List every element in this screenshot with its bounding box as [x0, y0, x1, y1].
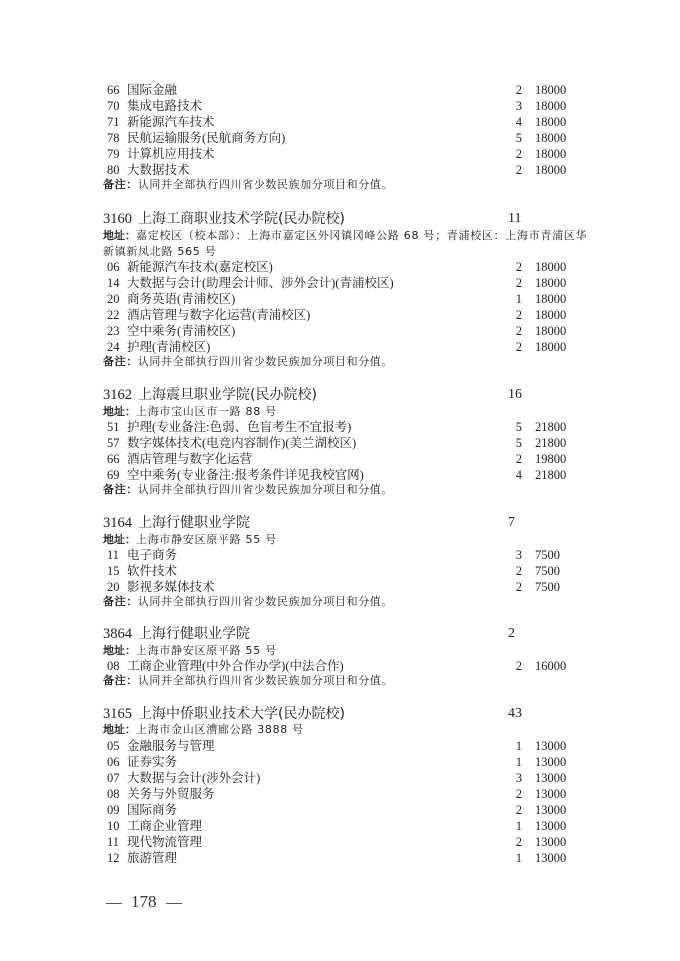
school-total: 11	[508, 209, 521, 229]
program-fee: 18000	[535, 323, 566, 339]
address-text: 上海市静安区原平路 55 号	[136, 533, 277, 546]
address-label: 地址：	[103, 723, 136, 736]
school-address: 地址：上海市金山区漕廊公路 3888 号	[103, 722, 593, 738]
program-count: 3	[508, 547, 522, 563]
school-name: 上海行健职业学院	[138, 515, 250, 531]
program-count: 4	[508, 114, 522, 130]
program-fee: 7500	[535, 563, 560, 579]
remark: 备注：认同并全部执行四川省少数民族加分项目和分值。	[103, 177, 393, 193]
remark-text: 认同并全部执行四川省少数民族加分项目和分值。	[138, 355, 393, 368]
program-name: 证券实务	[127, 754, 177, 770]
program-code: 23	[107, 323, 125, 339]
program-row: 09 国际商务 2 13000	[0, 802, 680, 818]
program-name: 关务与外贸服务	[127, 786, 215, 802]
program-fee: 21800	[535, 467, 566, 483]
program-row: 20 商务英语(青浦校区) 1 18000	[0, 291, 680, 307]
program-count: 1	[508, 818, 522, 834]
program-name: 计算机应用技术	[127, 146, 215, 162]
program-count: 1	[508, 291, 522, 307]
program-name: 商务英语(青浦校区)	[127, 291, 235, 307]
program-name: 空中乘务(青浦校区)	[127, 323, 235, 339]
school-header: 3864上海行健职业学院 2	[103, 624, 583, 644]
program-fee: 13000	[535, 834, 566, 850]
program-fee: 18000	[535, 98, 566, 114]
program-count: 2	[508, 658, 522, 674]
address-label: 地址：	[103, 405, 136, 418]
program-row: 66 国际金融 2 18000	[0, 82, 680, 98]
address-label: 地址：	[103, 644, 136, 657]
program-count: 1	[508, 754, 522, 770]
program-row: 15 软件技术 2 7500	[0, 563, 680, 579]
dash-right	[166, 903, 182, 904]
remark: 备注：认同并全部执行四川省少数民族加分项目和分值。	[103, 673, 393, 689]
program-name: 酒店管理与数字化运营	[127, 451, 252, 467]
program-row: 20 影视多媒体技术 2 7500	[0, 579, 680, 595]
program-count: 2	[508, 579, 522, 595]
program-count: 2	[508, 339, 522, 355]
program-count: 2	[508, 563, 522, 579]
school-total: 7	[508, 513, 515, 533]
program-count: 1	[508, 850, 522, 866]
address-label: 地址：	[103, 533, 136, 546]
school-id: 3164	[103, 515, 132, 531]
program-row: 06 新能源汽车技术(嘉定校区) 2 18000	[0, 259, 680, 275]
program-row: 71 新能源汽车技术 4 18000	[0, 114, 680, 130]
program-row: 14 大数据与会计(助理会计师、涉外会计)(青浦校区) 2 18000	[0, 275, 680, 291]
program-code: 66	[107, 82, 125, 98]
program-code: 78	[107, 130, 125, 146]
program-row: 23 空中乘务(青浦校区) 2 18000	[0, 323, 680, 339]
school-total: 2	[508, 624, 515, 644]
school-id: 3165	[103, 706, 132, 722]
program-row: 80 大数据技术 2 18000	[0, 162, 680, 178]
program-fee: 18000	[535, 259, 566, 275]
address-text: 上海市宝山区市一路 88 号	[136, 405, 277, 418]
page-number: 178	[97, 892, 191, 912]
program-code: 06	[107, 259, 125, 275]
program-row: 69 空中乘务(专业备注:报考条件详见我校官网) 4 21800	[0, 467, 680, 483]
program-row: 11 电子商务 3 7500	[0, 547, 680, 563]
program-count: 5	[508, 130, 522, 146]
program-name: 大数据与会计(助理会计师、涉外会计)(青浦校区)	[127, 275, 394, 291]
program-code: 07	[107, 770, 125, 786]
program-fee: 21800	[535, 435, 566, 451]
program-code: 22	[107, 307, 125, 323]
program-row: 05 金融服务与管理 1 13000	[0, 738, 680, 754]
program-fee: 18000	[535, 130, 566, 146]
program-fee: 13000	[535, 738, 566, 754]
school-header: 3160上海工商职业技术学院(民办院校) 11	[103, 209, 583, 229]
program-code: 12	[107, 850, 125, 866]
program-count: 5	[508, 419, 522, 435]
program-row: 08 工商企业管理(中外合作办学)(中法合作) 2 16000	[0, 658, 680, 674]
program-name: 空中乘务(专业备注:报考条件详见我校官网)	[127, 467, 364, 483]
remark-text: 认同并全部执行四川省少数民族加分项目和分值。	[138, 483, 393, 496]
program-count: 4	[508, 467, 522, 483]
program-code: 20	[107, 579, 125, 595]
program-code: 69	[107, 467, 125, 483]
program-code: 80	[107, 162, 125, 178]
school-id: 3160	[103, 211, 132, 227]
program-count: 2	[508, 275, 522, 291]
address-text: 上海市金山区漕廊公路 3888 号	[136, 723, 304, 736]
program-count: 1	[508, 738, 522, 754]
program-fee: 7500	[535, 579, 560, 595]
program-code: 10	[107, 818, 125, 834]
remark-text: 认同并全部执行四川省少数民族加分项目和分值。	[138, 595, 393, 608]
program-count: 2	[508, 802, 522, 818]
program-count: 3	[508, 770, 522, 786]
remark: 备注：认同并全部执行四川省少数民族加分项目和分值。	[103, 594, 393, 610]
program-code: 15	[107, 563, 125, 579]
program-code: 09	[107, 802, 125, 818]
program-fee: 13000	[535, 786, 566, 802]
program-fee: 13000	[535, 818, 566, 834]
program-row: 57 数字媒体技术(电竞内容制作)(美兰湖校区) 5 21800	[0, 435, 680, 451]
program-name: 工商企业管理(中外合作办学)(中法合作)	[127, 658, 344, 674]
school-id: 3162	[103, 387, 132, 403]
program-row: 22 酒店管理与数字化运营(青浦校区) 2 18000	[0, 307, 680, 323]
program-code: 20	[107, 291, 125, 307]
address-label: 地址：	[103, 229, 136, 242]
program-count: 2	[508, 162, 522, 178]
program-row: 79 计算机应用技术 2 18000	[0, 146, 680, 162]
program-fee: 18000	[535, 339, 566, 355]
program-row: 07 大数据与会计(涉外会计) 3 13000	[0, 770, 680, 786]
program-code: 14	[107, 275, 125, 291]
program-name: 旅游管理	[127, 850, 177, 866]
program-fee: 18000	[535, 146, 566, 162]
program-row: 08 关务与外贸服务 2 13000	[0, 786, 680, 802]
program-code: 11	[107, 834, 125, 850]
school-address: 地址：上海市宝山区市一路 88 号	[103, 404, 593, 420]
program-name: 大数据与会计(涉外会计)	[127, 770, 260, 786]
remark-text: 认同并全部执行四川省少数民族加分项目和分值。	[138, 178, 393, 191]
school-header: 3162上海震旦职业学院(民办院校) 16	[103, 385, 583, 405]
program-fee: 18000	[535, 275, 566, 291]
remark-label: 备注：	[103, 595, 138, 608]
program-fee: 7500	[535, 547, 560, 563]
program-name: 民航运输服务(民航商务方向)	[127, 130, 285, 146]
program-name: 工商企业管理	[127, 818, 202, 834]
school-id: 3864	[103, 626, 132, 642]
program-fee: 18000	[535, 162, 566, 178]
program-fee: 13000	[535, 802, 566, 818]
program-count: 2	[508, 323, 522, 339]
school-name: 上海行健职业学院	[138, 626, 250, 642]
program-name: 影视多媒体技术	[127, 579, 215, 595]
program-fee: 21800	[535, 419, 566, 435]
program-code: 05	[107, 738, 125, 754]
program-count: 2	[508, 786, 522, 802]
remark-label: 备注：	[103, 355, 138, 368]
program-count: 3	[508, 98, 522, 114]
program-count: 2	[508, 834, 522, 850]
program-row: 24 护理(青浦校区) 2 18000	[0, 339, 680, 355]
program-row: 51 护理(专业备注:色弱、色盲考生不宜报考) 5 21800	[0, 419, 680, 435]
program-fee: 13000	[535, 770, 566, 786]
program-fee: 13000	[535, 850, 566, 866]
program-name: 护理(专业备注:色弱、色盲考生不宜报考)	[127, 419, 351, 435]
program-fee: 19800	[535, 451, 566, 467]
program-row: 06 证券实务 1 13000	[0, 754, 680, 770]
program-code: 24	[107, 339, 125, 355]
program-name: 数字媒体技术(电竞内容制作)(美兰湖校区)	[127, 435, 356, 451]
address-text: 上海市静安区原平路 55 号	[136, 644, 277, 657]
program-code: 51	[107, 419, 125, 435]
remark-label: 备注：	[103, 674, 138, 687]
remark-text: 认同并全部执行四川省少数民族加分项目和分值。	[138, 674, 393, 687]
program-row: 10 工商企业管理 1 13000	[0, 818, 680, 834]
program-code: 11	[107, 547, 125, 563]
program-row: 11 现代物流管理 2 13000	[0, 834, 680, 850]
program-code: 71	[107, 114, 125, 130]
school-name: 上海中侨职业技术大学(民办院校)	[138, 706, 345, 722]
program-name: 金融服务与管理	[127, 738, 215, 754]
program-name: 新能源汽车技术	[127, 114, 215, 130]
program-row: 66 酒店管理与数字化运营 2 19800	[0, 451, 680, 467]
program-name: 电子商务	[127, 547, 177, 563]
program-row: 78 民航运输服务(民航商务方向) 5 18000	[0, 130, 680, 146]
school-address: 地址：嘉定校区（校本部）：上海市嘉定区外冈镇冈峰公路 68 号；青浦校区：上海市…	[103, 228, 593, 260]
remark: 备注：认同并全部执行四川省少数民族加分项目和分值。	[103, 482, 393, 498]
program-count: 2	[508, 82, 522, 98]
program-code: 57	[107, 435, 125, 451]
dash-left	[106, 903, 122, 904]
program-code: 70	[107, 98, 125, 114]
page-number-text: 178	[131, 892, 157, 911]
program-name: 大数据技术	[127, 162, 190, 178]
program-count: 2	[508, 259, 522, 275]
program-name: 国际金融	[127, 82, 177, 98]
program-count: 2	[508, 146, 522, 162]
program-fee: 18000	[535, 307, 566, 323]
program-fee: 13000	[535, 754, 566, 770]
program-fee: 16000	[535, 658, 566, 674]
school-total: 43	[508, 704, 522, 724]
program-count: 5	[508, 435, 522, 451]
program-name: 现代物流管理	[127, 834, 202, 850]
school-address: 地址：上海市静安区原平路 55 号	[103, 643, 593, 659]
remark: 备注：认同并全部执行四川省少数民族加分项目和分值。	[103, 354, 393, 370]
program-name: 国际商务	[127, 802, 177, 818]
program-code: 06	[107, 754, 125, 770]
program-code: 08	[107, 658, 125, 674]
school-header: 3164上海行健职业学院 7	[103, 513, 583, 533]
school-header: 3165上海中侨职业技术大学(民办院校) 43	[103, 704, 583, 724]
document-page: 66 国际金融 2 18000 70 集成电路技术 3 18000 71 新能源…	[0, 0, 680, 961]
program-row: 70 集成电路技术 3 18000	[0, 98, 680, 114]
program-name: 集成电路技术	[127, 98, 202, 114]
remark-label: 备注：	[103, 178, 138, 191]
program-count: 2	[508, 451, 522, 467]
address-text: 嘉定校区（校本部）：上海市嘉定区外冈镇冈峰公路 68 号；青浦校区：上海市青浦区…	[103, 229, 587, 258]
program-code: 66	[107, 451, 125, 467]
program-name: 酒店管理与数字化运营(青浦校区)	[127, 307, 310, 323]
program-name: 护理(青浦校区)	[127, 339, 210, 355]
program-count: 2	[508, 307, 522, 323]
program-row: 12 旅游管理 1 13000	[0, 850, 680, 866]
program-fee: 18000	[535, 82, 566, 98]
program-code: 79	[107, 146, 125, 162]
program-code: 08	[107, 786, 125, 802]
program-name: 软件技术	[127, 563, 177, 579]
program-fee: 18000	[535, 114, 566, 130]
school-total: 16	[508, 385, 522, 405]
school-name: 上海工商职业技术学院(民办院校)	[138, 211, 345, 227]
remark-label: 备注：	[103, 483, 138, 496]
school-address: 地址：上海市静安区原平路 55 号	[103, 532, 593, 548]
program-fee: 18000	[535, 291, 566, 307]
school-name: 上海震旦职业学院(民办院校)	[138, 387, 317, 403]
program-name: 新能源汽车技术(嘉定校区)	[127, 259, 273, 275]
